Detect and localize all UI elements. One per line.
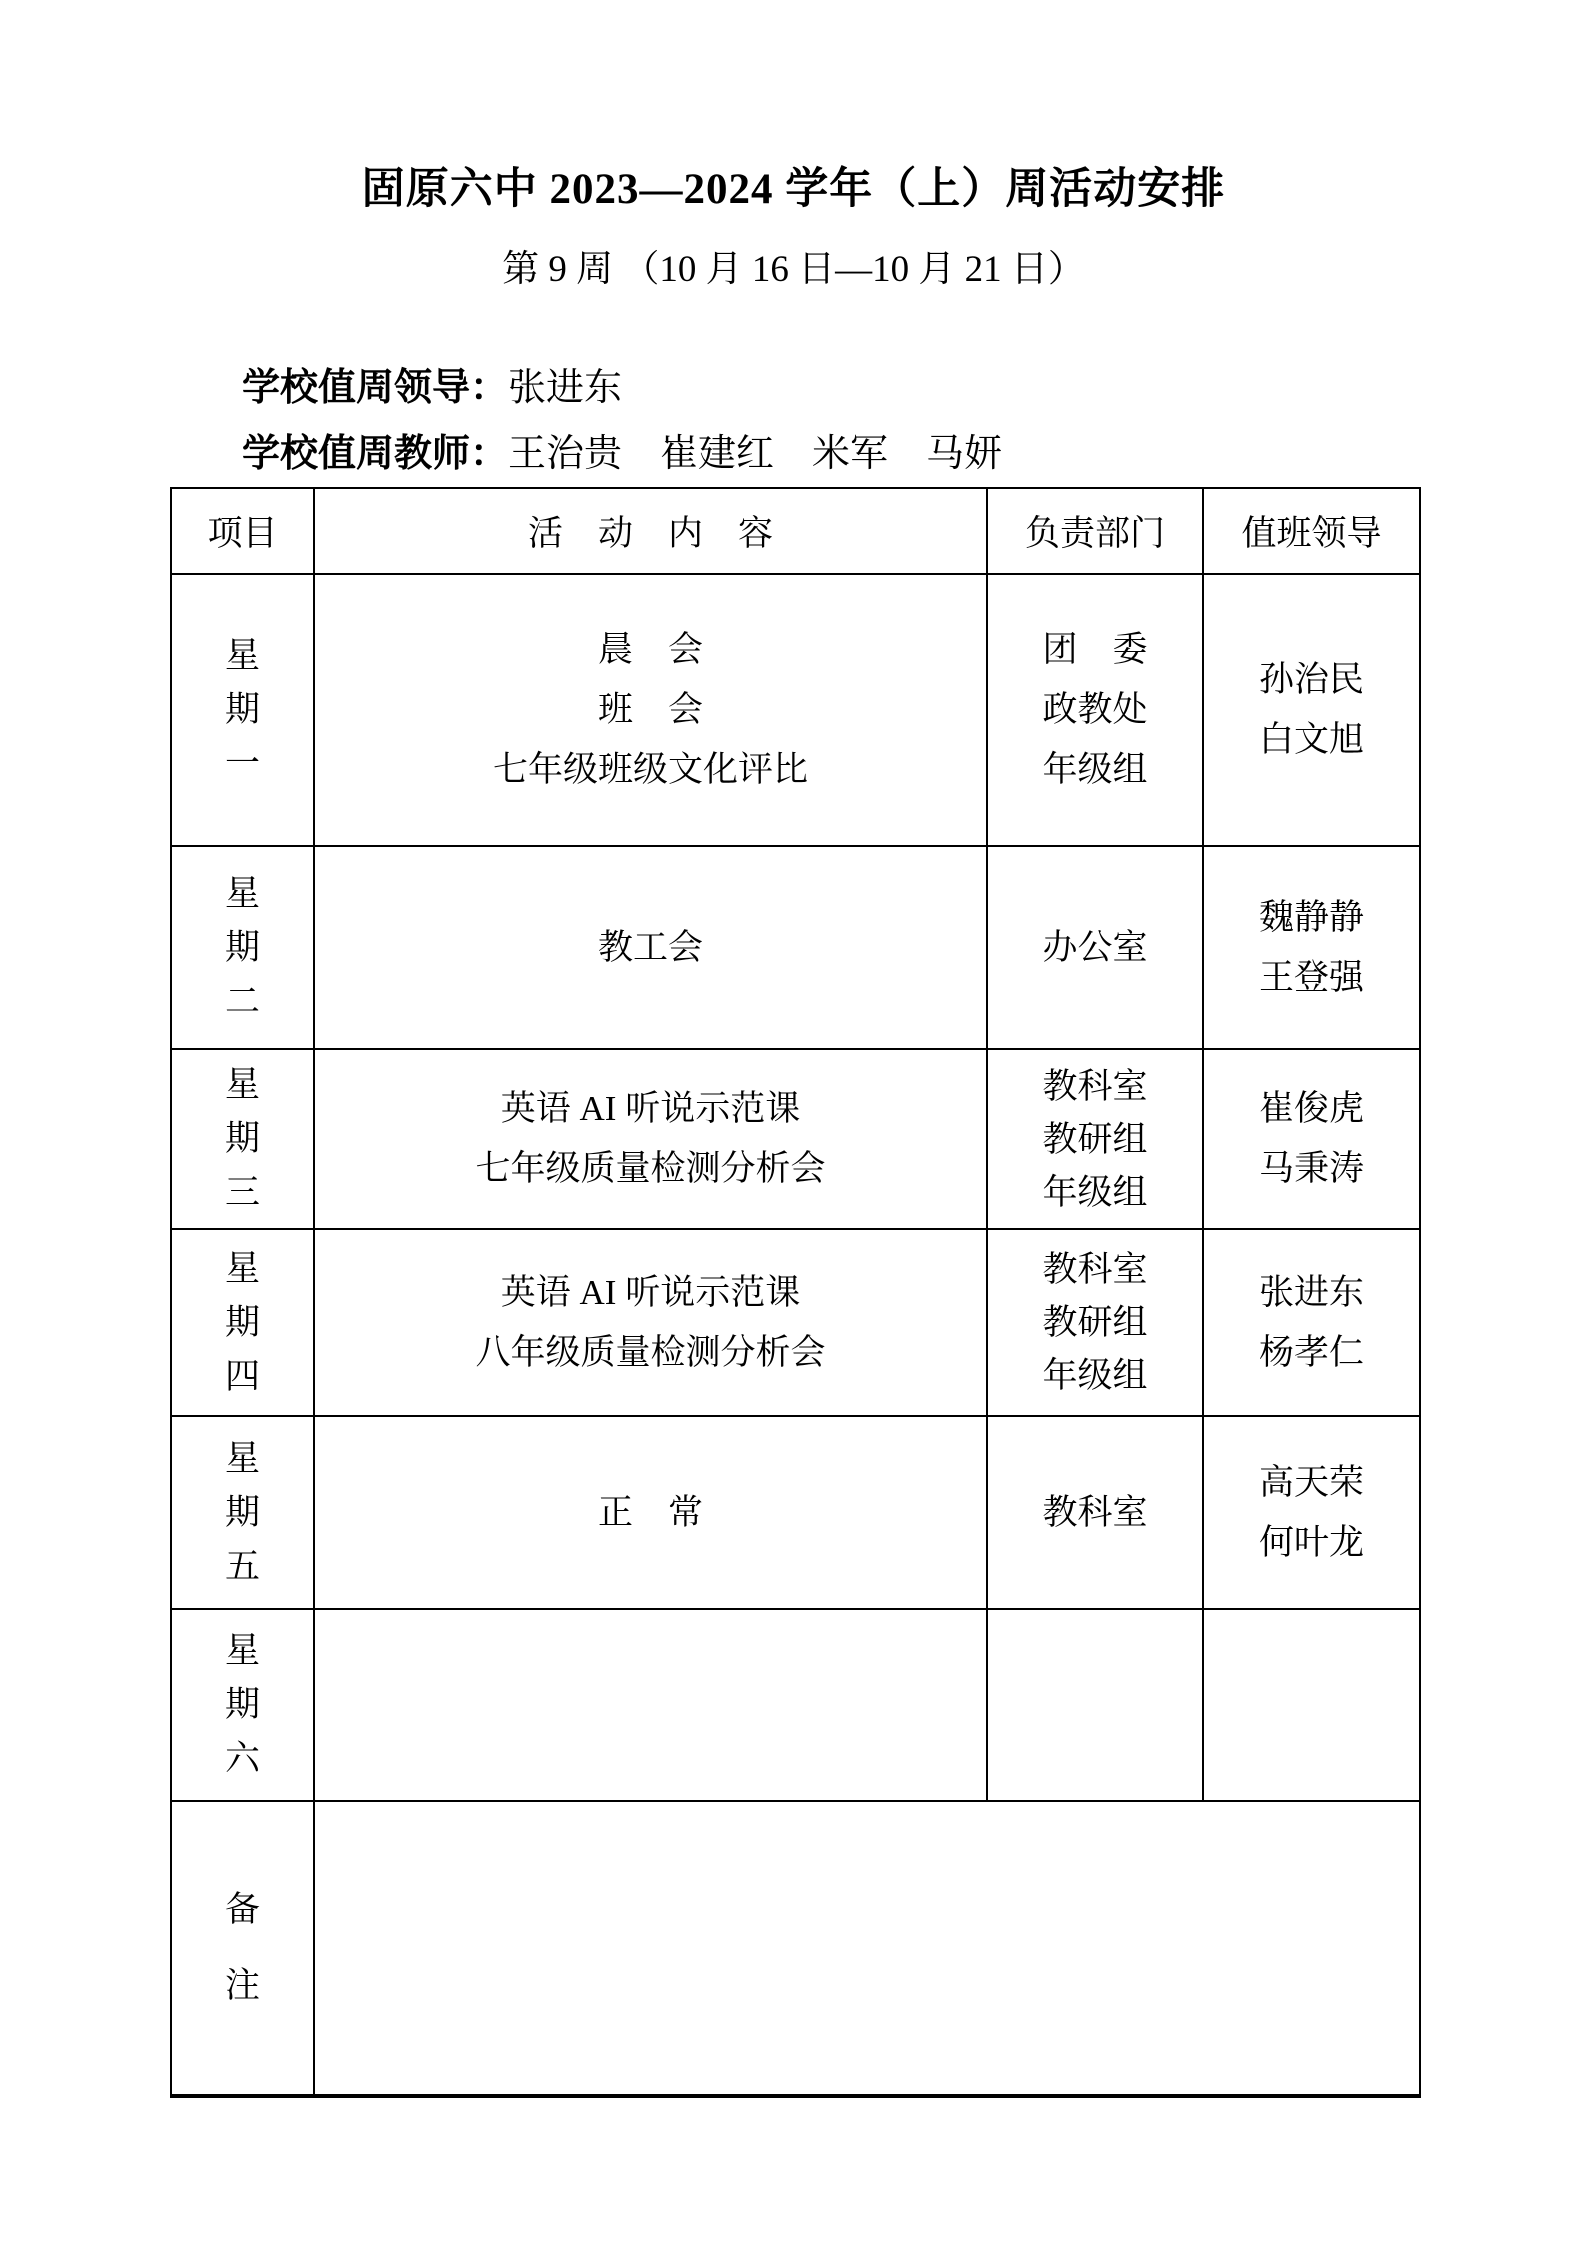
activities-cell: 英语 AI 听说示范课 八年级质量检测分析会 — [314, 1229, 987, 1416]
departments-cell: 教科室 教研组 年级组 — [987, 1049, 1203, 1229]
activities-cell: 晨 会 班 会 七年级班级文化评比 — [314, 574, 987, 846]
department-line: 团 委 — [988, 620, 1202, 680]
duty-leader-label: 学校值周领导： — [242, 367, 508, 409]
leader-line: 魏静静 — [1204, 888, 1419, 948]
department-line: 办公室 — [988, 918, 1202, 978]
header-item: 项目 — [171, 488, 314, 574]
leader-line: 王登强 — [1204, 948, 1419, 1008]
remark-label: 备注 — [222, 1872, 264, 2024]
day-label: 星期三 — [222, 1058, 264, 1220]
activity-line: 英语 AI 听说示范课 — [315, 1263, 986, 1323]
duty-leader-value: 张进东 — [508, 367, 622, 409]
activities-cell: 教工会 — [314, 846, 987, 1049]
department-line: 教科室 — [988, 1060, 1202, 1113]
day-cell: 星期六 — [171, 1609, 314, 1801]
document-page: 固原六中 2023—2024 学年（上）周活动安排 第 9 周 （10 月 16… — [0, 0, 1587, 2098]
activity-line: 教工会 — [315, 918, 986, 978]
day-cell: 星期四 — [171, 1229, 314, 1416]
leader-line: 白文旭 — [1204, 710, 1419, 770]
activity-line: 班 会 — [315, 680, 986, 740]
duty-staff-block: 学校值周领导：张进东 学校值周教师：王治贵 崔建红 米军 马妍 — [242, 364, 1587, 478]
leader-line: 何叶龙 — [1204, 1513, 1419, 1573]
table-header-row: 项目 活 动 内 容 负责部门 值班领导 — [171, 488, 1420, 574]
day-label: 星期二 — [222, 867, 264, 1029]
departments-cell: 教科室 — [987, 1416, 1203, 1609]
leader-line: 崔俊虎 — [1204, 1079, 1419, 1139]
activities-cell-empty — [314, 1609, 987, 1801]
leaders-cell: 崔俊虎 马秉涛 — [1203, 1049, 1420, 1229]
leader-line: 马秉涛 — [1204, 1139, 1419, 1199]
departments-cell: 办公室 — [987, 846, 1203, 1049]
duty-leader-line: 学校值周领导：张进东 — [242, 364, 1587, 412]
activity-line: 英语 AI 听说示范课 — [315, 1079, 986, 1139]
department-line: 教科室 — [988, 1483, 1202, 1543]
activity-line: 八年级质量检测分析会 — [315, 1323, 986, 1383]
activity-line: 正 常 — [315, 1483, 986, 1543]
department-line: 年级组 — [988, 1349, 1202, 1402]
header-responsible-department: 负责部门 — [987, 488, 1203, 574]
table-row-wednesday: 星期三 英语 AI 听说示范课 七年级质量检测分析会 教科室 教研组 年级组 崔… — [171, 1049, 1420, 1229]
leader-line: 张进东 — [1204, 1263, 1419, 1323]
table-row-friday: 星期五 正 常 教科室 高天荣 何叶龙 — [171, 1416, 1420, 1609]
department-line: 政教处 — [988, 680, 1202, 740]
activities-cell: 正 常 — [314, 1416, 987, 1609]
table-row-tuesday: 星期二 教工会 办公室 魏静静 王登强 — [171, 846, 1420, 1049]
activity-line: 七年级班级文化评比 — [315, 740, 986, 800]
day-cell: 星期五 — [171, 1416, 314, 1609]
leader-line: 孙治民 — [1204, 650, 1419, 710]
activity-line: 七年级质量检测分析会 — [315, 1139, 986, 1199]
day-label: 星期六 — [222, 1624, 264, 1786]
activity-line: 晨 会 — [315, 620, 986, 680]
leaders-cell: 魏静静 王登强 — [1203, 846, 1420, 1049]
day-label: 星期一 — [222, 629, 264, 791]
activities-cell: 英语 AI 听说示范课 七年级质量检测分析会 — [314, 1049, 987, 1229]
remark-label-cell: 备注 — [171, 1801, 314, 2096]
duty-teacher-line: 学校值周教师：王治贵 崔建红 米军 马妍 — [242, 430, 1587, 478]
leaders-cell: 张进东 杨孝仁 — [1203, 1229, 1420, 1416]
header-duty-leader: 值班领导 — [1203, 488, 1420, 574]
leaders-cell-empty — [1203, 1609, 1420, 1801]
table-row-thursday: 星期四 英语 AI 听说示范课 八年级质量检测分析会 教科室 教研组 年级组 张… — [171, 1229, 1420, 1416]
duty-teacher-label: 学校值周教师： — [242, 433, 508, 475]
day-label: 星期四 — [222, 1242, 264, 1404]
department-line: 年级组 — [988, 740, 1202, 800]
department-line: 教研组 — [988, 1113, 1202, 1166]
day-cell: 星期二 — [171, 846, 314, 1049]
weekly-schedule-table: 项目 活 动 内 容 负责部门 值班领导 星期一 晨 会 班 会 七年级班级文化… — [170, 487, 1421, 2098]
page-subtitle: 第 9 周 （10 月 16 日—10 月 21 日） — [0, 247, 1587, 293]
table-row-monday: 星期一 晨 会 班 会 七年级班级文化评比 团 委 政教处 年级组 孙治民 白文… — [171, 574, 1420, 846]
department-line: 年级组 — [988, 1166, 1202, 1219]
duty-teacher-value: 王治贵 崔建红 米军 马妍 — [508, 433, 1002, 475]
leaders-cell: 高天荣 何叶龙 — [1203, 1416, 1420, 1609]
departments-cell: 团 委 政教处 年级组 — [987, 574, 1203, 846]
table-row-remark: 备注 — [171, 1801, 1420, 2096]
page-title: 固原六中 2023—2024 学年（上）周活动安排 — [0, 0, 1587, 217]
day-cell: 星期一 — [171, 574, 314, 846]
leader-line: 高天荣 — [1204, 1453, 1419, 1513]
day-label: 星期五 — [222, 1432, 264, 1594]
table-row-saturday: 星期六 — [171, 1609, 1420, 1801]
remark-content-cell — [314, 1801, 1420, 2096]
departments-cell-empty — [987, 1609, 1203, 1801]
department-line: 教研组 — [988, 1296, 1202, 1349]
day-cell: 星期三 — [171, 1049, 314, 1229]
header-activity-content: 活 动 内 容 — [314, 488, 987, 574]
department-line: 教科室 — [988, 1243, 1202, 1296]
departments-cell: 教科室 教研组 年级组 — [987, 1229, 1203, 1416]
leader-line: 杨孝仁 — [1204, 1323, 1419, 1383]
leaders-cell: 孙治民 白文旭 — [1203, 574, 1420, 846]
